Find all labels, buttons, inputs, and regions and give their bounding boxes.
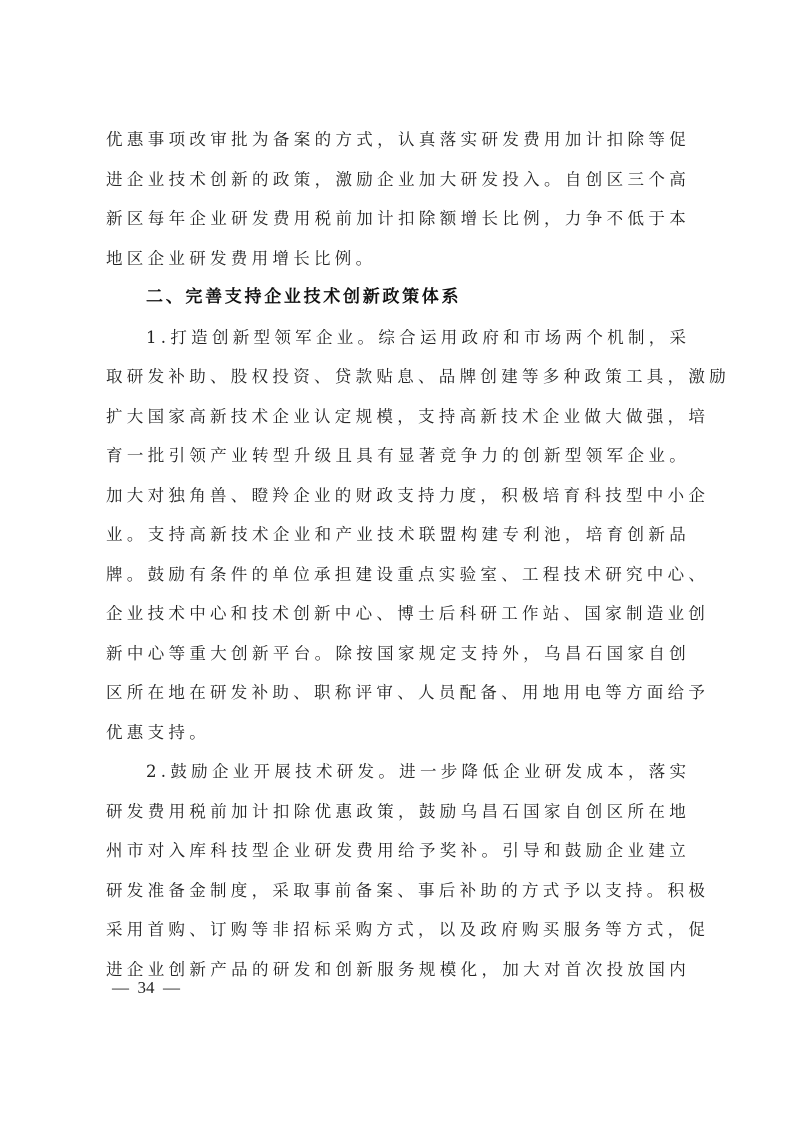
document-body: 优惠事项改审批为备案的方式，认真落实研发费用加计扣除等促 进企业技术创新的政策，… — [106, 120, 690, 989]
page-number: — 34 — — [112, 978, 180, 998]
text-line: 新区每年企业研发费用税前加计扣除额增长比例，力争不低于本 — [106, 199, 690, 239]
text-line: 育一批引领产业转型升级且具有显著竞争力的创新型领军企业。 — [106, 436, 690, 476]
paragraph-item-1: 1.打造创新型领军企业。综合运用政府和市场两个机制，采 取研发补助、股权投资、贷… — [106, 318, 690, 753]
text-line: 地区企业研发费用增长比例。 — [106, 239, 690, 279]
text-line: 新中心等重大创新平台。除按国家规定支持外，乌昌石国家自创 — [106, 634, 690, 674]
text-line: 取研发补助、股权投资、贷款贴息、品牌创建等多种政策工具，激励 — [106, 357, 690, 397]
paragraph-continuation: 优惠事项改审批为备案的方式，认真落实研发费用加计扣除等促 进企业技术创新的政策，… — [106, 120, 690, 278]
text-line: 加大对独角兽、瞪羚企业的财政支持力度，积极培育科技型中小企 — [106, 476, 690, 516]
section-heading: 二、完善支持企业技术创新政策体系 — [106, 278, 690, 318]
text-line: 企业技术中心和技术创新中心、博士后科研工作站、国家制造业创 — [106, 594, 690, 634]
text-line: 进企业技术创新的政策，激励企业加大研发投入。自创区三个高 — [106, 160, 690, 200]
text-line: 业。支持高新技术企业和产业技术联盟构建专利池，培育创新品 — [106, 515, 690, 555]
text-line: 牌。鼓励有条件的单位承担建设重点实验室、工程技术研究中心、 — [106, 555, 690, 595]
text-line: 研发准备金制度，采取事前备案、事后补助的方式予以支持。积极 — [106, 871, 690, 911]
text-line: 优惠支持。 — [106, 713, 690, 753]
paragraph-item-2: 2.鼓励企业开展技术研发。进一步降低企业研发成本，落实 研发费用税前加计扣除优惠… — [106, 752, 690, 989]
text-line: 扩大国家高新技术企业认定规模，支持高新技术企业做大做强，培 — [106, 397, 690, 437]
document-page: 优惠事项改审批为备案的方式，认真落实研发费用加计扣除等促 进企业技术创新的政策，… — [0, 0, 793, 1122]
text-line: 研发费用税前加计扣除优惠政策，鼓励乌昌石国家自创区所在地 — [106, 792, 690, 832]
text-line: 进企业创新产品的研发和创新服务规模化，加大对首次投放国内 — [106, 950, 690, 990]
text-line: 1.打造创新型领军企业。综合运用政府和市场两个机制，采 — [106, 318, 690, 358]
text-line: 2.鼓励企业开展技术研发。进一步降低企业研发成本，落实 — [106, 752, 690, 792]
text-line: 采用首购、订购等非招标采购方式，以及政府购买服务等方式，促 — [106, 910, 690, 950]
text-line: 区所在地在研发补助、职称评审、人员配备、用地用电等方面给予 — [106, 673, 690, 713]
text-line: 优惠事项改审批为备案的方式，认真落实研发费用加计扣除等促 — [106, 120, 690, 160]
text-line: 州市对入库科技型企业研发费用给予奖补。引导和鼓励企业建立 — [106, 831, 690, 871]
